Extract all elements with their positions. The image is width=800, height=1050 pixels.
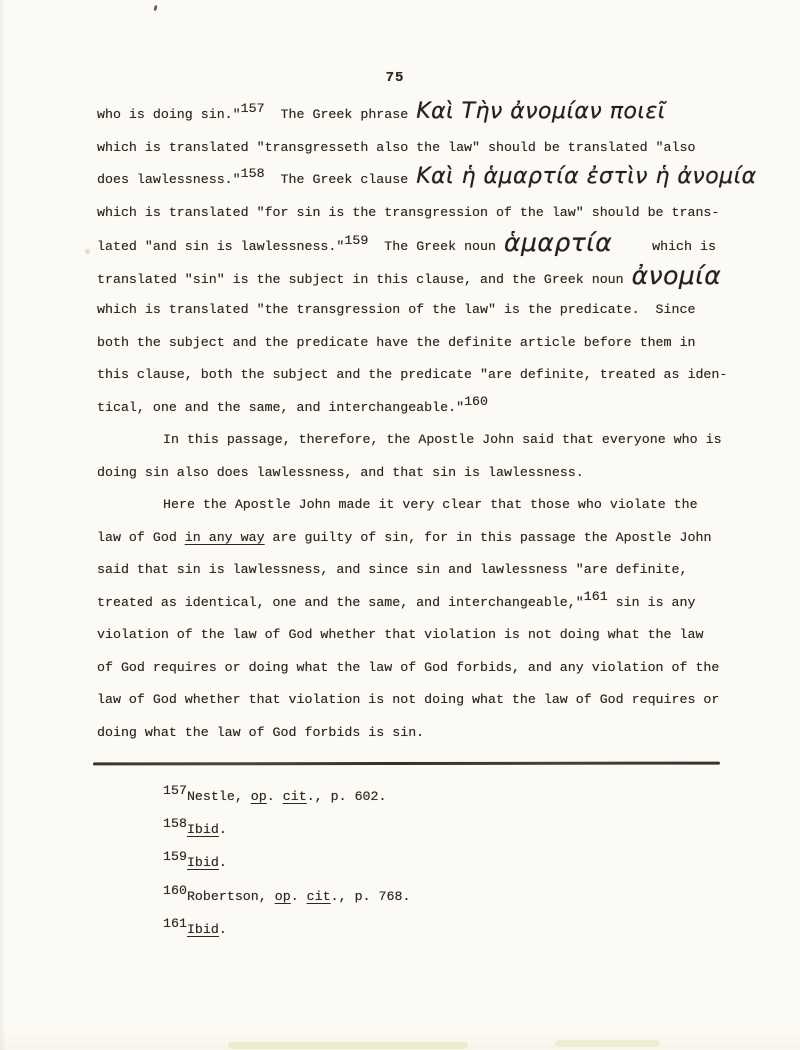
body-line: which is translated "for sin is the tran… [97, 197, 737, 230]
body-line: said that sin is lawlessness, and since … [97, 554, 737, 587]
text-run: Nestle, [187, 789, 251, 804]
body-line: who is doing sin."157 The Greek phrase Κ… [97, 99, 737, 132]
body-line: doing what the law of God forbids is sin… [97, 717, 737, 750]
text-run: In this passage, therefore, the Apostle … [163, 432, 722, 447]
footnote-line: 159Ibid. [163, 846, 723, 879]
footnote-ref: 158 [163, 816, 187, 831]
underlined-text: cit [283, 789, 307, 804]
text-run: who is doing sin." [97, 107, 241, 122]
body-line: which is translated "the transgression o… [97, 294, 737, 327]
text-run: lated "and sin is lawlessness." [97, 239, 344, 254]
body-line: this clause, both the subject and the pr… [97, 359, 737, 392]
footnote-separator [93, 762, 720, 766]
body-line: law of God whether that violation is not… [97, 684, 737, 717]
body-line: doing sin also does lawlessness, and tha… [97, 457, 737, 490]
text-run: of God requires or doing what the law of… [97, 660, 719, 675]
text-run: . [219, 855, 227, 870]
text-run: sin is any [608, 595, 696, 610]
body-line: translated "sin" is the subject in this … [97, 262, 737, 295]
body-line: does lawlessness."158 The Greek clause Κ… [97, 164, 737, 197]
text-run: doing what the law of God forbids is sin… [97, 725, 424, 740]
underlined-text: op [251, 789, 267, 804]
body-line: of God requires or doing what the law of… [97, 652, 737, 685]
text-run: . [267, 789, 283, 804]
greek-handwriting: ἀνομία [632, 261, 722, 290]
body-line: In this passage, therefore, the Apostle … [97, 424, 737, 457]
text-run: translated "sin" is the subject in this … [97, 272, 632, 287]
footnote-ref: 160 [163, 883, 187, 898]
text-run: The Greek clause [265, 172, 417, 187]
text-run: . [219, 822, 227, 837]
scan-smudge [555, 1040, 660, 1047]
text-run: The Greek phrase [265, 107, 417, 122]
text-run: which is translated "transgresseth also … [97, 140, 695, 155]
footnote-line: 161Ibid. [163, 913, 723, 946]
page-number: 75 [0, 70, 790, 86]
body-line: tical, one and the same, and interchange… [97, 392, 737, 425]
body-line: law of God in any way are guilty of sin,… [97, 522, 737, 555]
underlined-text: in any way [185, 530, 265, 545]
footnote-ref: 161 [163, 916, 187, 931]
footnote-ref: 157 [163, 783, 187, 798]
underlined-text: Ibid [187, 855, 219, 870]
text-run: this clause, both the subject and the pr… [97, 367, 727, 382]
footnote-ref: 157 [241, 101, 265, 116]
footnote-line: 158Ibid. [163, 813, 723, 846]
scan-smudge [85, 249, 90, 254]
text-run: The Greek noun [368, 239, 504, 254]
body-line: Here the Apostle John made it very clear… [97, 489, 737, 522]
footnote-line: 157Nestle, op. cit., p. 602. [163, 780, 723, 813]
document-page: 75 who is doing sin."157 The Greek phras… [0, 0, 800, 1050]
text-run: Here the Apostle John made it very clear… [163, 497, 698, 512]
text-run: are guilty of sin, for in this passage t… [265, 530, 712, 545]
scan-speck [153, 5, 157, 12]
body-line: which is translated "transgresseth also … [97, 132, 737, 165]
footnote-ref: 159 [344, 233, 368, 248]
footnote-ref: 161 [584, 589, 608, 604]
greek-handwriting: Καὶ Τὴν ἀνομίαν ποιεῖ [416, 99, 666, 124]
text-run: ., p. 768. [331, 889, 411, 904]
body-line: lated "and sin is lawlessness."159 The G… [97, 229, 737, 262]
text-run: ., p. 602. [307, 789, 387, 804]
footnote-ref: 160 [464, 394, 488, 409]
scan-smudge [228, 1042, 468, 1049]
underlined-text: Ibid [187, 822, 219, 837]
text-run: which is translated "for sin is the tran… [97, 205, 719, 220]
underlined-text: op [275, 889, 291, 904]
text-run: said that sin is lawlessness, and since … [97, 562, 687, 577]
footnote-line: 160Robertson, op. cit., p. 768. [163, 880, 723, 913]
greek-handwriting: Καὶ ἡ ἁμαρτία ἐστὶν ἡ ἀνομία [416, 164, 756, 189]
footnote-ref: 159 [163, 849, 187, 864]
text-run: which is [612, 239, 716, 254]
text-run: Robertson, [187, 889, 275, 904]
text-run: does lawlessness." [97, 172, 241, 187]
text-run: . [219, 922, 227, 937]
body-line: treated as identical, one and the same, … [97, 587, 737, 620]
text-run: violation of the law of God whether that… [97, 627, 703, 642]
text-run: both the subject and the predicate have … [97, 335, 695, 350]
text-run: tical, one and the same, and interchange… [97, 400, 464, 415]
underlined-text: Ibid [187, 922, 219, 937]
underlined-text: cit [307, 889, 331, 904]
body-line: violation of the law of God whether that… [97, 619, 737, 652]
text-run: law of God whether that violation is not… [97, 692, 719, 707]
body-text: who is doing sin."157 The Greek phrase Κ… [97, 99, 737, 749]
footnote-ref: 158 [241, 166, 265, 181]
footnotes: 157Nestle, op. cit., p. 602.158Ibid.159I… [163, 780, 723, 946]
body-line: both the subject and the predicate have … [97, 327, 737, 360]
text-run: which is translated "the transgression o… [97, 302, 695, 317]
text-run: treated as identical, one and the same, … [97, 595, 584, 610]
text-run: doing sin also does lawlessness, and tha… [97, 465, 584, 480]
text-run: law of God [97, 530, 185, 545]
text-run: . [291, 889, 307, 904]
greek-handwriting: ἁμαρτία [504, 228, 612, 257]
